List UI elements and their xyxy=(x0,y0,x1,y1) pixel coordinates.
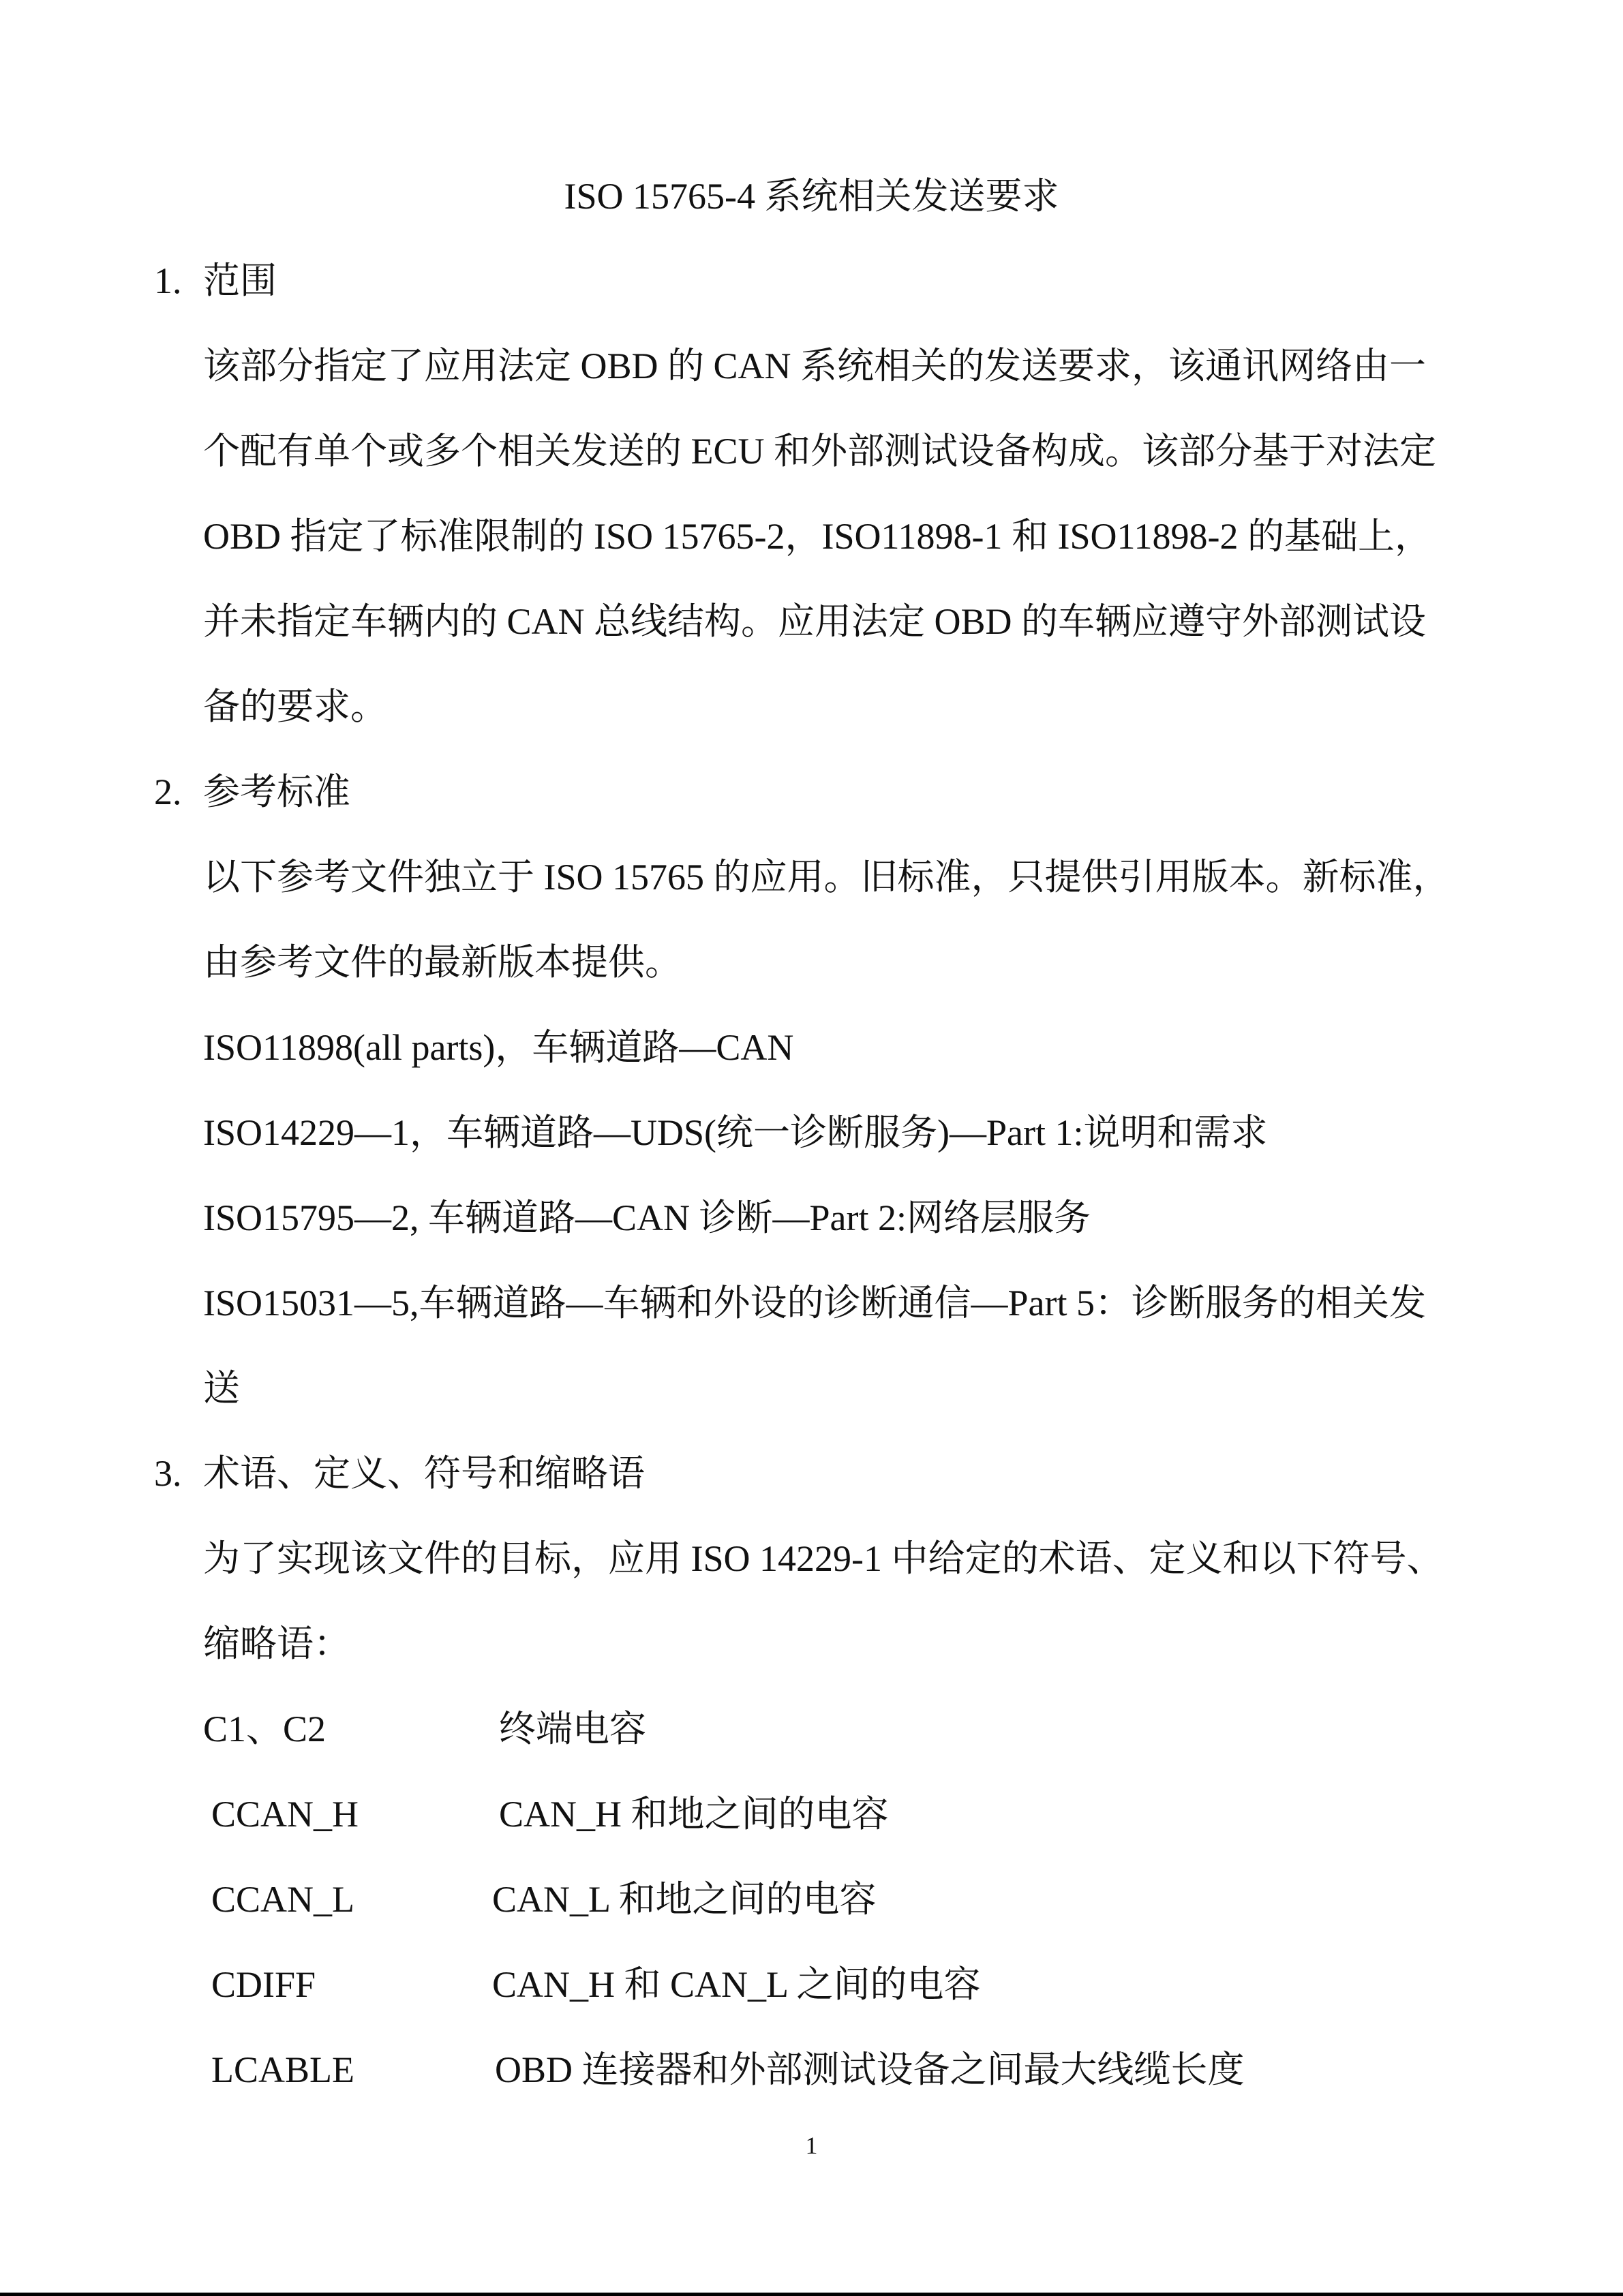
abbreviation-term: C1、C2 xyxy=(203,1707,326,1751)
paragraph-line: 由参考文件的最新版本提供。 xyxy=(203,940,682,984)
reference-item: ISO15031—5,车辆道路—车辆和外设的诊断通信—Part 5：诊断服务的相… xyxy=(203,1281,1426,1325)
paragraph-line: 个配有单个或多个相关发送的 ECU 和外部测试设备构成。该部分基于对法定 xyxy=(203,429,1436,473)
abbreviation-term: LCABLE xyxy=(211,2048,354,2092)
abbreviation-definition: CAN_L 和地之间的电容 xyxy=(492,1878,877,1921)
reference-item: ISO11898(all parts)，车辆道路—CAN xyxy=(203,1026,793,1069)
abbreviation-term: CCAN_L xyxy=(211,1878,354,1921)
section-title: 范围 xyxy=(203,260,277,301)
section-heading-references: 2.参考标准 xyxy=(154,770,350,814)
document-page: ISO 15765-4 系统相关发送要求 1.范围 该部分指定了应用法定 OBD… xyxy=(0,0,1623,2293)
document-title: ISO 15765-4 系统相关发送要求 xyxy=(0,174,1623,218)
abbreviation-term: CDIFF xyxy=(211,1963,316,2006)
section-heading-terms: 3.术语、定义、符号和缩略语 xyxy=(154,1452,645,1495)
abbreviation-definition: OBD 连接器和外部测试设备之间最大线缆长度 xyxy=(495,2048,1245,2092)
abbreviation-definition: CAN_H 和地之间的电容 xyxy=(499,1792,889,1836)
abbreviation-term: CCAN_H xyxy=(211,1792,359,1836)
paragraph-line: OBD 指定了标准限制的 ISO 15765-2，ISO11898-1 和 IS… xyxy=(203,515,1431,558)
section-number: 2. xyxy=(154,770,203,814)
paragraph-line: 该部分指定了应用法定 OBD 的 CAN 系统相关的发送要求，该通讯网络由一 xyxy=(203,344,1426,388)
page-bottom-border xyxy=(0,2293,1623,2296)
reference-item: ISO14229—1，车辆道路—UDS(统一诊断服务)—Part 1:说明和需求 xyxy=(203,1111,1268,1154)
abbreviation-definition: CAN_H 和 CAN_L 之间的电容 xyxy=(492,1963,981,2006)
page-number: 1 xyxy=(0,2132,1623,2159)
section-title: 术语、定义、符号和缩略语 xyxy=(203,1453,645,1494)
paragraph-line: 以下参考文件独立于 ISO 15765 的应用。旧标准，只提供引用版本。新标准， xyxy=(203,855,1450,899)
section-title: 参考标准 xyxy=(203,771,350,812)
reference-item-continued: 送 xyxy=(203,1366,240,1410)
section-heading-scope: 1.范围 xyxy=(154,259,277,303)
paragraph-line: 缩略语： xyxy=(203,1622,350,1666)
section-number: 3. xyxy=(154,1452,203,1495)
paragraph-line: 并未指定车辆内的 CAN 总线结构。应用法定 OBD 的车辆应遵守外部测试设 xyxy=(203,600,1426,643)
section-number: 1. xyxy=(154,259,203,303)
reference-item: ISO15795—2, 车辆道路—CAN 诊断—Part 2:网络层服务 xyxy=(203,1196,1091,1240)
abbreviation-definition: 终端电容 xyxy=(499,1707,646,1751)
paragraph-line: 为了实现该文件的目标，应用 ISO 14229-1 中给定的术语、定义和以下符号… xyxy=(203,1537,1444,1580)
paragraph-line: 备的要求。 xyxy=(203,685,387,729)
